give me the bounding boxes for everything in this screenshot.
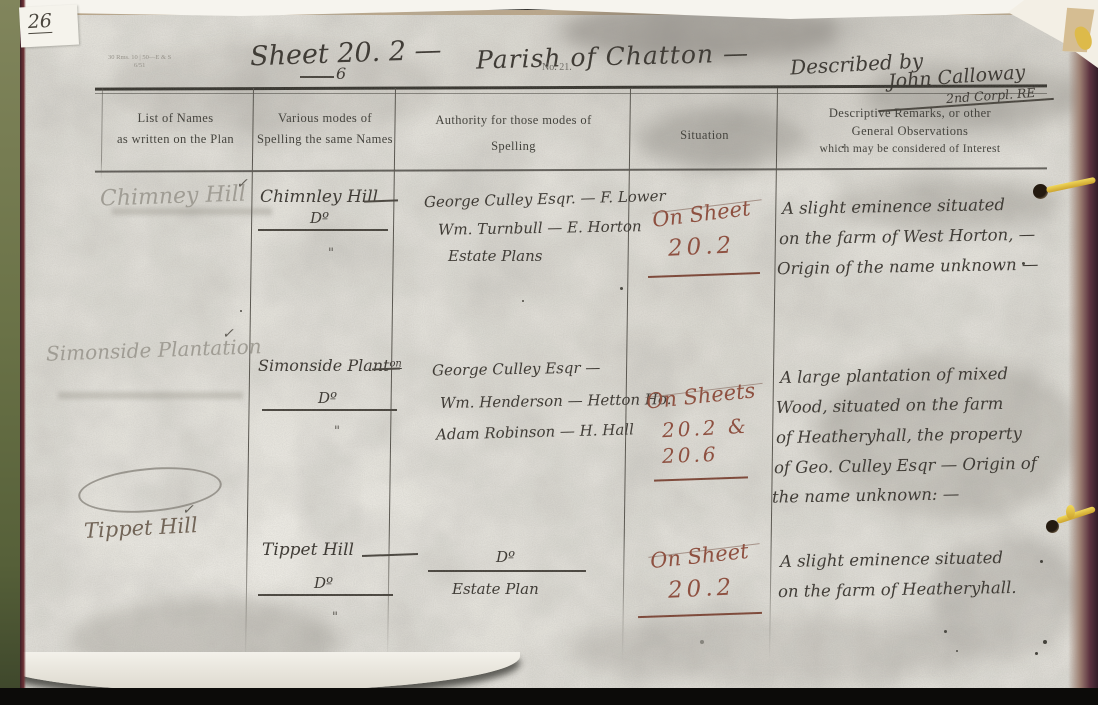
page-edge-bottom-shadow (0, 688, 1098, 705)
row2-authority-line2: Wm. Henderson — Hetton Ho. (440, 390, 672, 412)
row3-ditto-mark: " (332, 610, 338, 625)
row1-checkmark: ✓ (236, 176, 248, 192)
header-line: Authority for those modes of (397, 110, 630, 131)
row2-situation-number1: 20.2 & (661, 414, 749, 443)
row2-situation-number2: 20.6 (662, 442, 719, 468)
row3-situation-word: On Sheet (649, 539, 750, 573)
stamp-line2: 6/51 (108, 62, 171, 70)
column-header-authority: Authority for those modes of Spelling (397, 110, 630, 157)
row2-spelling-ditto: Dº (318, 389, 337, 407)
row1-authority-line2: Wm. Turnbull — E. Horton (438, 217, 642, 239)
ink-speck (240, 310, 242, 312)
ink-speck (1022, 262, 1025, 265)
row3-name-on-plan: Tippet Hill (83, 513, 198, 543)
ink-speck (1043, 640, 1047, 644)
row3-remarks-line2: on the farm of Heatheryhall. (778, 578, 1017, 601)
stamp-line1: 30 Rms. 10 | 50—E & S (108, 54, 171, 62)
ink-dash (428, 570, 586, 572)
ink-speck (1035, 652, 1038, 655)
ink-dash (362, 553, 418, 556)
ink-speck (842, 146, 844, 148)
ink-dash (258, 594, 393, 596)
row3-authority-ditto: Dº (496, 548, 515, 566)
header-line: Descriptive Remarks, or other (779, 104, 1041, 122)
row1-authority-line3: Estate Plans (448, 247, 542, 265)
parish-script: Parish of Chatton — (476, 38, 750, 74)
column-header-names: List of Names as written on the Plan (98, 108, 253, 150)
row2-remarks-line5: the name unknown: — (772, 484, 960, 506)
page-edge-left-cover (0, 0, 22, 705)
situation-underline (648, 272, 760, 278)
column-rule (245, 88, 254, 660)
row3-authority-line1: Estate Plan (452, 580, 539, 598)
header-bottom-rule (95, 167, 1047, 172)
ink-speck (944, 630, 947, 633)
header-line: Situation (632, 125, 777, 146)
column-header-remarks: Descriptive Remarks, or other General Ob… (779, 104, 1041, 158)
ink-speck (522, 300, 524, 302)
row2-remarks-line2: Wood, situated on the farm (776, 394, 1004, 417)
header-line: which may be considered of Interest (779, 140, 1041, 158)
row3-remarks-line1: A slight eminence situated (780, 548, 1003, 571)
page-content: 30 Rms. 10 | 50—E & S 6/51 Sheet 20. 2 —… (0, 0, 1098, 705)
page-number-scrap: 26 (19, 5, 79, 48)
row2-situation-word: On Sheets (645, 378, 756, 413)
page-edge-right-binding (1068, 52, 1098, 694)
row2-spelling: Simonside Planton (258, 356, 402, 375)
header-line: General Observations (779, 122, 1041, 140)
row2-checkmark: ✓ (222, 326, 234, 342)
row2-remarks-line1: A large plantation of mixed (780, 364, 1008, 387)
row3-situation-number: 20.2 (667, 574, 735, 603)
page-number: 26 (27, 10, 52, 34)
ink-dash (262, 409, 397, 411)
ink-speck (700, 640, 704, 644)
column-header-situation: Situation (632, 125, 777, 146)
row1-spelling: Chimnley Hill (260, 187, 378, 207)
binding-cord-knot (1066, 505, 1075, 519)
header-line: Spelling the same Names (255, 129, 395, 150)
pencil-oval-mark (76, 462, 223, 518)
row3-spelling: Tippet Hill (262, 540, 354, 560)
row2-remarks-line3: of Heatheryhall, the property (776, 424, 1022, 447)
punch-hole (1033, 184, 1048, 199)
row1-name-on-plan: Chimney Hill (100, 181, 247, 211)
ink-speck (956, 650, 958, 652)
table-top-rule-thin (95, 93, 1047, 94)
row1-situation-number: 20.2 (667, 232, 735, 261)
header-line: as written on the Plan (98, 129, 253, 150)
row1-remarks-line1: A slight eminence situated (782, 195, 1005, 218)
row1-remarks-line2: on the farm of West Horton, — (779, 225, 1035, 248)
printed-stamp: 30 Rms. 10 | 50—E & S 6/51 (108, 54, 171, 70)
column-rule (769, 88, 778, 660)
page-edge-left-shadow (20, 0, 26, 705)
situation-underline (654, 476, 748, 481)
printed-number-label: No. 21. (542, 62, 572, 73)
row1-ditto-mark: " (328, 246, 334, 261)
row1-remarks-line3: Origin of the name unknown — (777, 255, 1039, 279)
sheet-fraction: 6 (336, 64, 346, 83)
header-line: Various modes of (255, 108, 395, 129)
row1-authority-line1: George Culley Esqr. — F. Lower (424, 187, 666, 211)
ink-speck (1040, 560, 1043, 563)
row2-ditto-mark: " (334, 424, 340, 439)
ink-dash (258, 229, 388, 231)
row2-authority-line3: Adam Robinson — H. Hall (436, 420, 634, 443)
row2-remarks-line4: of Geo. Culley Esqr — Origin of (774, 454, 1037, 478)
header-line: Spelling (397, 136, 630, 157)
column-header-spelling: Various modes of Spelling the same Names (255, 108, 395, 150)
ink-dash (300, 76, 334, 78)
row1-spelling-ditto: Dº (310, 209, 329, 227)
ink-speck (620, 287, 623, 290)
row2-authority-line1: George Culley Esqr — (432, 359, 601, 380)
column-rule (622, 88, 631, 660)
header-line: List of Names (98, 108, 253, 129)
situation-underline (638, 612, 762, 618)
row3-spelling-ditto: Dº (314, 574, 333, 592)
